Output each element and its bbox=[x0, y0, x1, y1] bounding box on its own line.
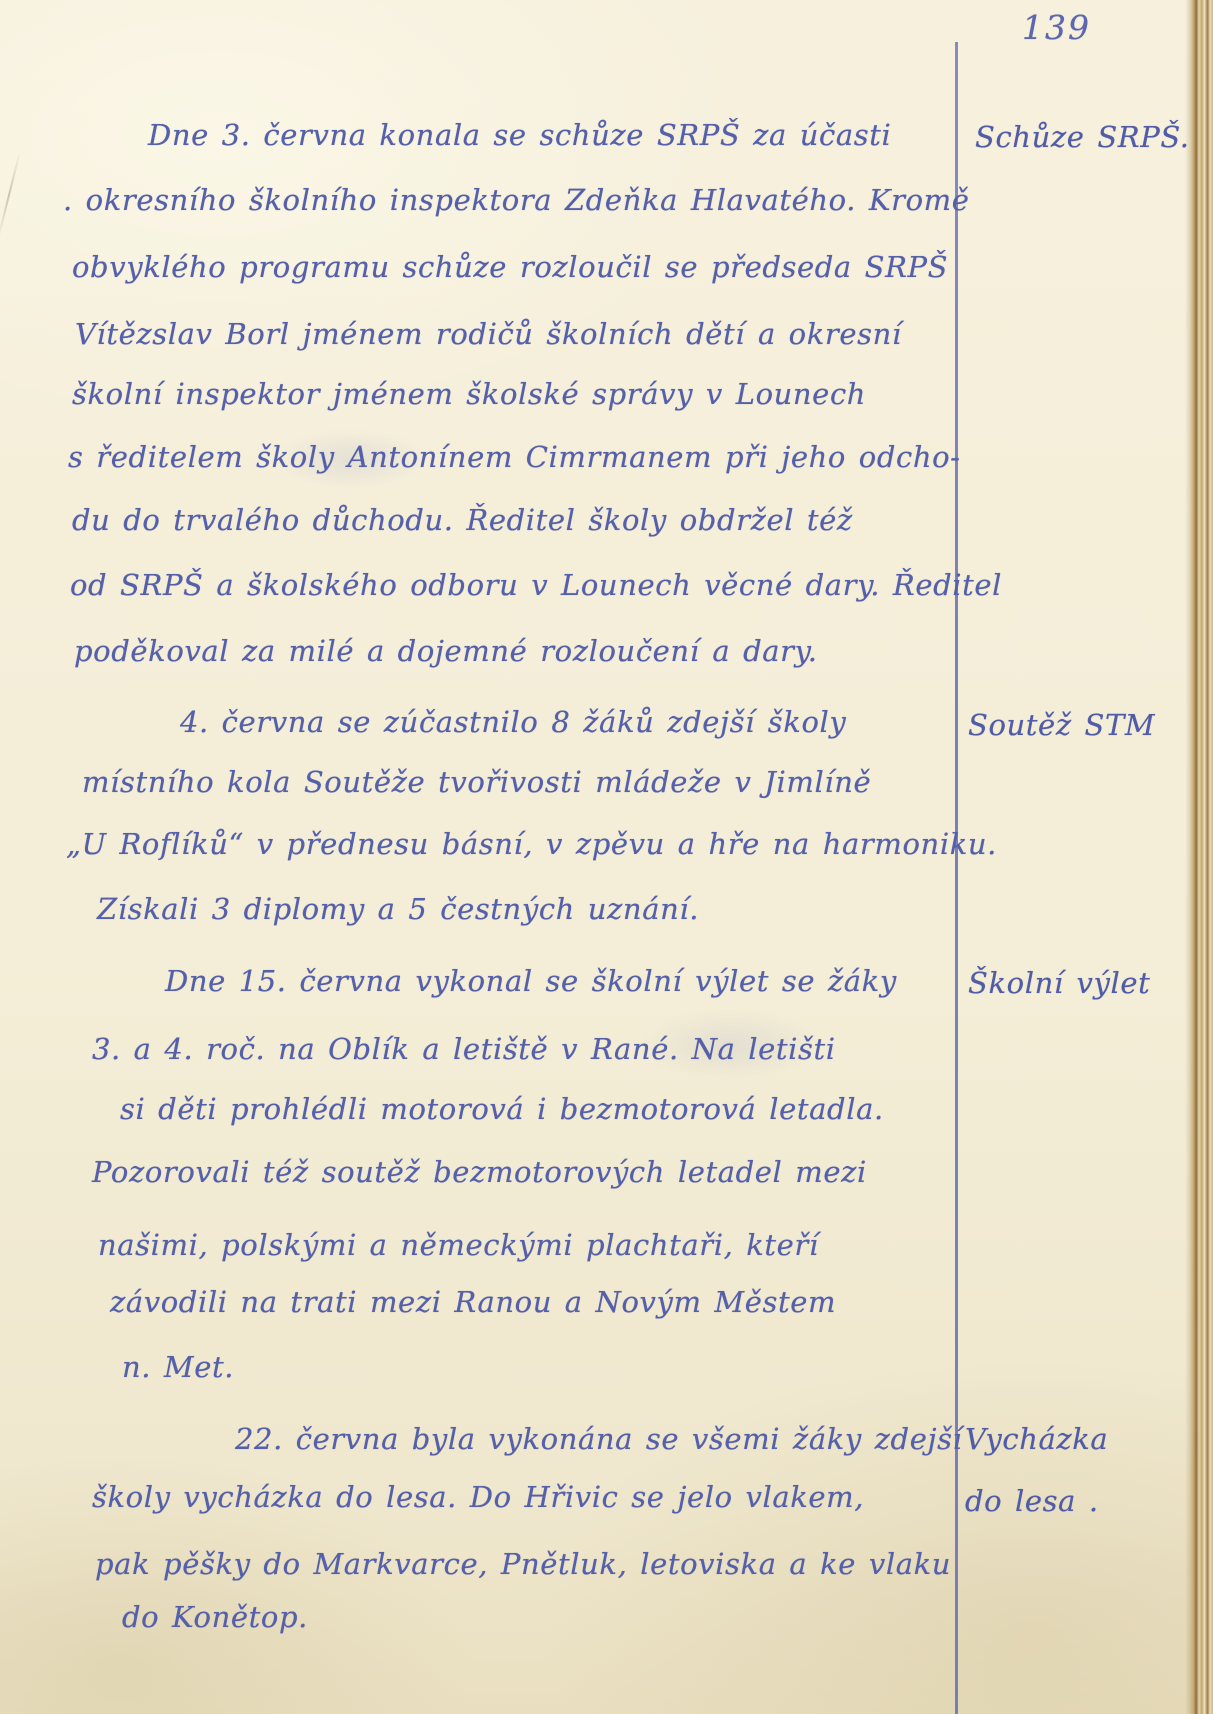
margin-note: Schůze SRPŠ. bbox=[975, 120, 1190, 154]
handwritten-line: našimi, polskými a německými plachtaři, … bbox=[98, 1228, 819, 1262]
handwritten-line: Vítězslav Borl jménem rodičů školních dě… bbox=[75, 317, 902, 351]
page-right-edge bbox=[1185, 0, 1213, 1714]
paper-scratch-mark bbox=[0, 151, 21, 239]
handwritten-line: 22. června byla vykonána se všemi žáky z… bbox=[235, 1422, 962, 1456]
handwritten-line: pak pěšky do Markvarce, Pnětluk, letovis… bbox=[95, 1547, 951, 1581]
handwritten-line: si děti prohlédli motorová i bezmotorová… bbox=[120, 1092, 884, 1126]
margin-rule-line bbox=[955, 42, 958, 1714]
chronicle-page: 139 Dne 3. června konala se schůze SRPŠ … bbox=[0, 0, 1213, 1714]
handwritten-line: závodili na trati mezi Ranou a Novým Měs… bbox=[110, 1285, 836, 1319]
handwritten-line: Dne 3. června konala se schůze SRPŠ za ú… bbox=[148, 118, 891, 152]
margin-note: Vycházka bbox=[965, 1422, 1108, 1456]
handwritten-line: n. Met. bbox=[122, 1350, 234, 1384]
handwritten-line: školní inspektor jménem školské správy v… bbox=[72, 377, 866, 411]
margin-note: Školní výlet bbox=[968, 966, 1150, 1000]
handwritten-line: s ředitelem školy Antonínem Cimrmanem př… bbox=[68, 440, 961, 474]
handwritten-line: 3. a 4. roč. na Oblík a letiště v Rané. … bbox=[92, 1032, 836, 1066]
handwritten-line: místního kola Soutěže tvořivosti mládeže… bbox=[82, 765, 871, 799]
handwritten-line: 4. června se zúčastnilo 8 žáků zdejší šk… bbox=[180, 705, 846, 739]
handwritten-line: školy vycházka do lesa. Do Hřivic se jel… bbox=[92, 1480, 864, 1514]
handwritten-line: „U Roflíků“ v přednesu básní, v zpěvu a … bbox=[66, 827, 997, 861]
handwritten-line: Získali 3 diplomy a 5 čestných uznání. bbox=[97, 892, 699, 926]
handwritten-line: do Konětop. bbox=[122, 1600, 308, 1634]
page-number: 139 bbox=[1022, 8, 1091, 47]
handwritten-line: du do trvalého důchodu. Ředitel školy ob… bbox=[72, 503, 853, 537]
handwritten-line: poděkoval za milé a dojemné rozloučení a… bbox=[74, 634, 818, 668]
handwritten-line: Pozorovali též soutěž bezmotorových leta… bbox=[92, 1155, 867, 1189]
handwritten-line: . okresního školního inspektora Zdeňka H… bbox=[63, 183, 970, 217]
margin-note: Soutěž STM bbox=[968, 708, 1155, 742]
handwritten-line: Dne 15. června vykonal se školní výlet s… bbox=[165, 964, 897, 998]
handwritten-line: obvyklého programu schůze rozloučil se p… bbox=[72, 250, 948, 284]
handwritten-line: od SRPŠ a školského odboru v Lounech věc… bbox=[70, 568, 1002, 602]
margin-note: do lesa . bbox=[965, 1484, 1099, 1518]
